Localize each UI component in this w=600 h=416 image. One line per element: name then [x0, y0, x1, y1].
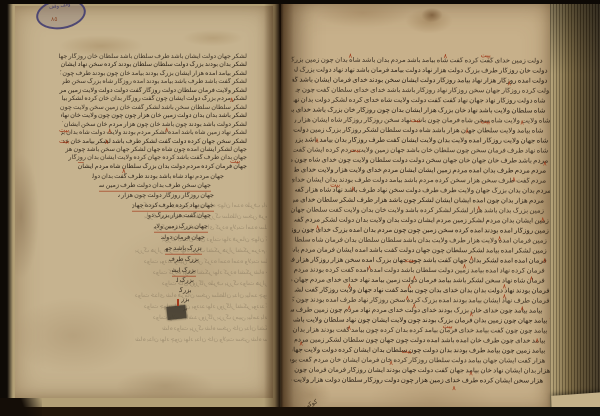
red-annotation: بيت — [230, 158, 240, 165]
red-annotation: ٨ — [477, 205, 481, 212]
red-annotation: ٨ — [351, 186, 355, 193]
red-annotation: ٨ — [230, 97, 234, 104]
red-annotation: ٨ — [503, 293, 507, 300]
red-annotation: ٨ — [470, 311, 474, 318]
red-annotation: ٨ — [348, 283, 352, 290]
red-annotation: بيت — [480, 118, 490, 125]
red-annotation: بيت — [481, 52, 491, 59]
left-page: وقف وقف ٨٥ بزرگ شاه جهان زمین چون شاه جه… — [15, 6, 273, 398]
red-annotation: بيت — [401, 348, 411, 355]
top-edge — [0, 0, 600, 4]
red-annotation: ٨ — [541, 217, 545, 224]
red-annotation: ٨ — [498, 235, 502, 242]
manuscript-photo: وقف وقف ٨٥ بزرگ شاه جهان زمین چون شاه جه… — [0, 0, 600, 416]
red-annotation: بيت — [350, 147, 360, 154]
red-annotation: ٨ — [348, 305, 352, 312]
red-annotation: ٨ — [165, 127, 169, 134]
red-annotation: ٨ — [508, 80, 512, 87]
red-annotation: ٨ — [512, 176, 516, 183]
red-annotation: ٨ — [469, 370, 473, 377]
red-annotation: ٨ — [413, 303, 417, 310]
red-annotation: ٨ — [315, 138, 319, 145]
bottom-left-shadow — [0, 398, 42, 416]
red-annotation: ٨ — [406, 295, 410, 302]
red-annotation: ٨ — [368, 265, 372, 272]
left-page-rubrications: بيت٨٨بيت٨٨ـــبيت٨ — [15, 6, 273, 398]
red-annotation: ٨ — [444, 53, 448, 60]
red-annotation: بيت — [330, 182, 340, 189]
red-annotation: ٨ — [408, 283, 412, 290]
red-annotation: بيت — [410, 117, 420, 124]
red-annotation: ٨ — [470, 255, 474, 262]
bottom-edge — [0, 407, 600, 416]
red-annotation: ٨ — [122, 168, 126, 175]
red-annotation: ٨ — [535, 338, 539, 345]
red-annotation: ٨ — [543, 258, 547, 265]
red-annotation: ٨ — [463, 263, 467, 270]
red-annotation: ٨ — [413, 275, 417, 282]
red-annotation: ٨ — [389, 360, 393, 367]
red-annotation: ٨ — [299, 340, 303, 347]
red-annotation: ٨ — [503, 283, 507, 290]
red-annotation: ٨ — [521, 305, 525, 312]
right-page: دولت زمین خدای گفت کرده گفت شاه بیامد با… — [281, 3, 553, 412]
red-annotation: ٨ — [105, 139, 109, 146]
red-annotation: ٨ — [465, 128, 469, 135]
red-annotation: ٨ — [316, 225, 320, 232]
red-annotation: بيت — [59, 127, 69, 134]
red-annotation: ٨ — [349, 53, 353, 60]
red-annotation: ٨ — [543, 161, 547, 168]
red-annotation: ٨ — [347, 325, 351, 332]
red-annotation: ـــ — [78, 158, 84, 165]
red-annotation: ٨ — [530, 275, 534, 282]
red-annotation: بيت — [442, 323, 452, 330]
red-annotation: بيت — [405, 257, 415, 264]
red-annotation: ٨ — [452, 385, 456, 392]
right-page-rubrications: بيت٨٨٨بيتبيت٨٨٨بيت٨٨بيت٨٨٨٨٨بيت٨٨٨٨٨٨٨٨٨… — [280, 2, 554, 412]
book-fore-edge — [550, 0, 600, 416]
left-edge — [0, 0, 13, 416]
red-annotation: ٨ — [520, 119, 524, 126]
red-annotation: بيت — [59, 138, 69, 145]
red-annotation: ٨ — [108, 128, 112, 135]
